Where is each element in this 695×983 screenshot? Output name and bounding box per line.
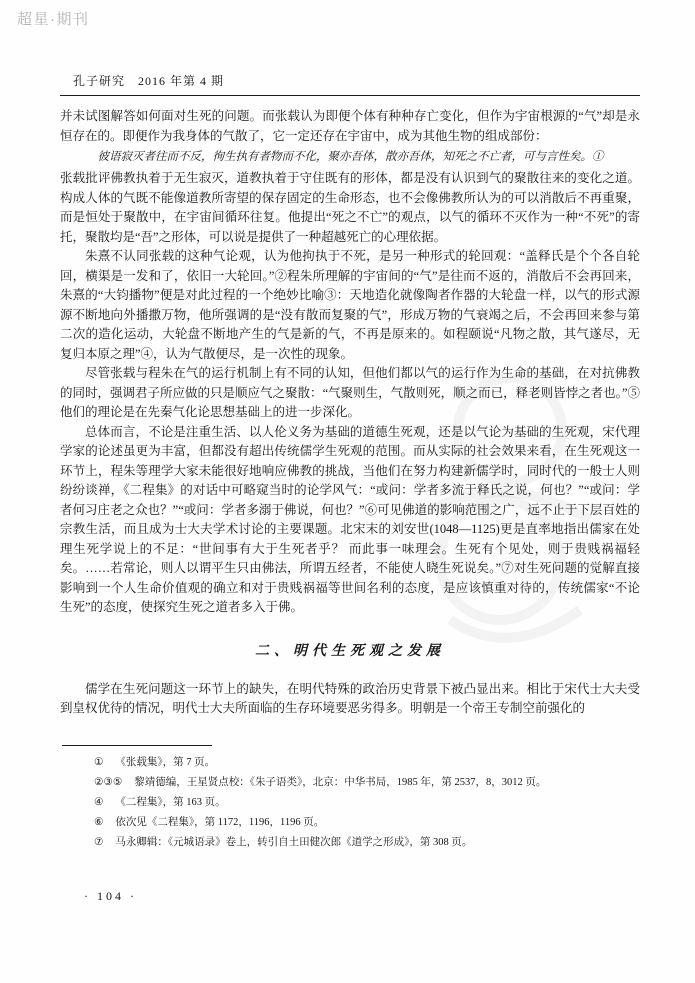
journal-header: 孔子研究 2016 年第 4 期 <box>60 72 640 96</box>
footnote-text: 《张载集》，第 7 页。 <box>115 753 640 773</box>
body-paragraph: 尽管张载与程朱在气的运行机制上有不同的认知，但他们都以气的运行作为生命的基础，在… <box>60 364 640 423</box>
body-paragraph: 张载批评佛教执着于无生寂灭，道教执着于守住既有的形体，都是没有认识到气的聚散往来… <box>60 169 640 247</box>
footnote-item: ⑦ 马永卿辑：《元城语录》卷上，转引自土田健次郎《道学之形成》，第 308 页。 <box>60 833 640 853</box>
body-paragraph: 并未试图解答如何面对生死的问题。而张载认为即便个体有种种存亡变化，但作为宇宙根源… <box>60 107 640 146</box>
footnote-marker: ⑦ <box>94 833 103 853</box>
footnote-item: ②③⑤ 黎靖德编，王星贤点校：《朱子语类》，北京：中华书局，1985 年，第 2… <box>60 773 640 793</box>
footnote-item: ④ 《二程集》，第 163 页。 <box>60 793 640 813</box>
body-paragraph: 朱熹不认同张载的这种气论观，认为他拘执于不死，是另一种形式的轮回观：“盖释氏是个… <box>60 247 640 364</box>
footnote-text: 依次见《二程集》，第 1172，1196，1196 页。 <box>115 813 640 833</box>
footnote-text: 《二程集》，第 163 页。 <box>115 793 640 813</box>
journal-page: 超星·期刊 孔子研究 2016 年第 4 期 并未试图解答如何面对生死的问题。而… <box>0 0 695 983</box>
block-quote: 彼语寂灭者往而不反，徇生执有者物而不化，聚亦吾体，散亦吾体，知死之不亡者，可与言… <box>86 148 626 167</box>
body-paragraph: 总体而言，不论是注重生活、以人伦义务为基础的道德生死观，还是以气论为基础的生死观… <box>60 423 640 618</box>
page-content: 孔子研究 2016 年第 4 期 并未试图解答如何面对生死的问题。而张载认为即便… <box>60 72 640 853</box>
footnote-divider <box>62 745 212 746</box>
footnote-marker: ⑥ <box>94 813 103 833</box>
footnote-marker: ④ <box>94 793 103 813</box>
footnote-marker: ②③⑤ <box>94 773 122 793</box>
footnote-list: ① 《张载集》，第 7 页。 ②③⑤ 黎靖德编，王星贤点校：《朱子语类》，北京：… <box>60 753 640 853</box>
footnote-text: 黎靖德编，王星贤点校：《朱子语类》，北京：中华书局，1985 年，第 2537，… <box>134 773 640 793</box>
platform-brand: 超星·期刊 <box>17 8 90 29</box>
footnote-text: 马永卿辑：《元城语录》卷上，转引自土田健次郎《道学之形成》，第 308 页。 <box>115 833 640 853</box>
page-number: · 104 · <box>84 889 137 904</box>
footnote-marker: ① <box>94 753 103 773</box>
footnote-item: ⑥ 依次见《二程集》，第 1172，1196，1196 页。 <box>60 813 640 833</box>
footnote-item: ① 《张载集》，第 7 页。 <box>60 753 640 773</box>
body-paragraph: 儒学在生死问题这一环节上的缺失，在明代特殊的政治历史背景下被凸显出来。相比于宋代… <box>60 680 640 719</box>
section-heading: 二、明代生死观之发展 <box>60 640 640 660</box>
